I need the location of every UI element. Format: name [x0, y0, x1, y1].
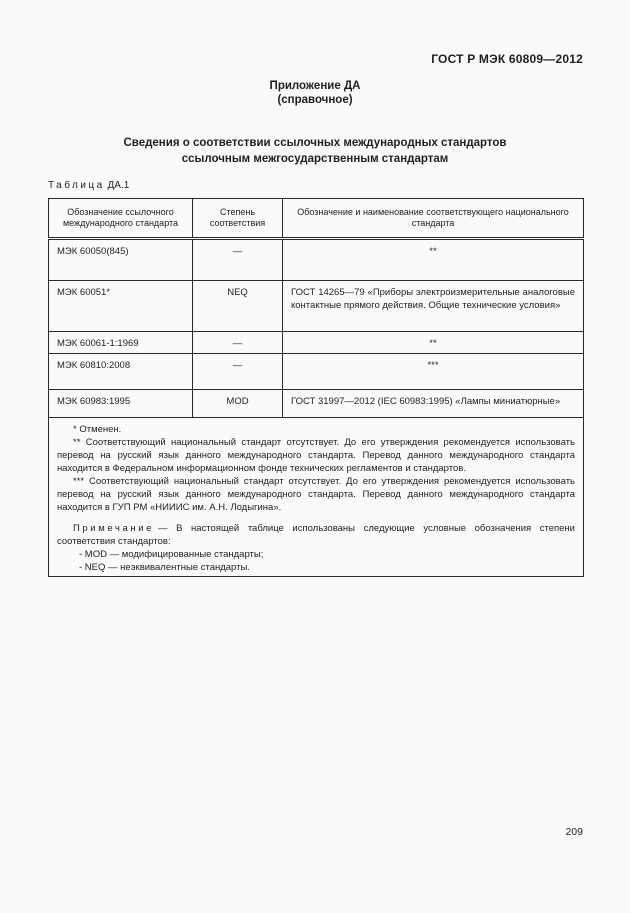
- table-row: МЭК 60983:1995 MOD ГОСТ 31997—2012 (IEC …: [49, 390, 584, 418]
- cell-national: **: [283, 332, 584, 354]
- cell-degree: MOD: [193, 390, 283, 418]
- note-label: Примечание: [73, 523, 154, 534]
- document-page: ГОСТ Р МЭК 60809—2012 Приложение ДА (спр…: [0, 0, 630, 913]
- doc-code: ГОСТ Р МЭК 60809—2012: [0, 0, 583, 66]
- table-row: МЭК 60810:2008 — ***: [49, 354, 584, 390]
- cell-standard: МЭК 60051*: [49, 281, 193, 332]
- table-row: МЭК 60050(845) — **: [49, 239, 584, 281]
- page-number: 209: [565, 826, 583, 838]
- section-title-line2: ссылочным межгосударственным стандартам: [0, 152, 630, 168]
- annex-name: Приложение ДА: [0, 80, 630, 94]
- footnote-3: *** Соответствующий национальный стандар…: [57, 475, 575, 514]
- cell-degree: NEQ: [193, 281, 283, 332]
- table-footnotes-row: * Отменен. ** Соответствующий национальн…: [49, 418, 584, 577]
- footnotes-cell: * Отменен. ** Соответствующий национальн…: [49, 418, 584, 577]
- section-title: Сведения о соответствии ссылочных междун…: [0, 136, 630, 167]
- footnote-1: * Отменен.: [57, 423, 575, 436]
- header-national-standard: Обозначение и наименование соответствующ…: [283, 199, 584, 239]
- cell-standard: МЭК 60050(845): [49, 239, 193, 281]
- table-row: МЭК 60061-1:1969 — **: [49, 332, 584, 354]
- note-item-mod: - MOD — модифицированные стандарты;: [57, 548, 575, 561]
- cell-national: **: [283, 239, 584, 281]
- header-international-standard: Обозначение ссылочного международного ст…: [49, 199, 193, 239]
- cell-standard: МЭК 60810:2008: [49, 354, 193, 390]
- annex-heading: Приложение ДА (справочное): [0, 80, 630, 107]
- note-paragraph: Примечание— В настоящей таблице использо…: [57, 522, 575, 548]
- header-degree: Степень соответствия: [193, 199, 283, 239]
- cell-national: ГОСТ 14265—79 «Приборы электроизмеритель…: [283, 281, 584, 332]
- cell-standard: МЭК 60061-1:1969: [49, 332, 193, 354]
- table-caption-number: ДА.1: [108, 180, 130, 191]
- cell-national: ***: [283, 354, 584, 390]
- table-caption-label: Таблица: [48, 180, 105, 191]
- annex-type: (справочное): [0, 94, 630, 108]
- cell-degree: —: [193, 239, 283, 281]
- cell-degree: —: [193, 354, 283, 390]
- section-title-line1: Сведения о соответствии ссылочных междун…: [0, 136, 630, 152]
- table-row: МЭК 60051* NEQ ГОСТ 14265—79 «Приборы эл…: [49, 281, 584, 332]
- footnote-2: ** Соответствующий национальный стандарт…: [57, 436, 575, 475]
- cell-degree: —: [193, 332, 283, 354]
- table-caption: Таблица ДА.1: [48, 180, 583, 191]
- correspondence-table: Обозначение ссылочного международного ст…: [48, 198, 584, 577]
- cell-national: ГОСТ 31997—2012 (IEC 60983:1995) «Лампы …: [283, 390, 584, 418]
- table-header-row: Обозначение ссылочного международного ст…: [49, 199, 584, 239]
- cell-standard: МЭК 60983:1995: [49, 390, 193, 418]
- note-item-neq: - NEQ — неэквивалентные стандарты.: [57, 561, 575, 574]
